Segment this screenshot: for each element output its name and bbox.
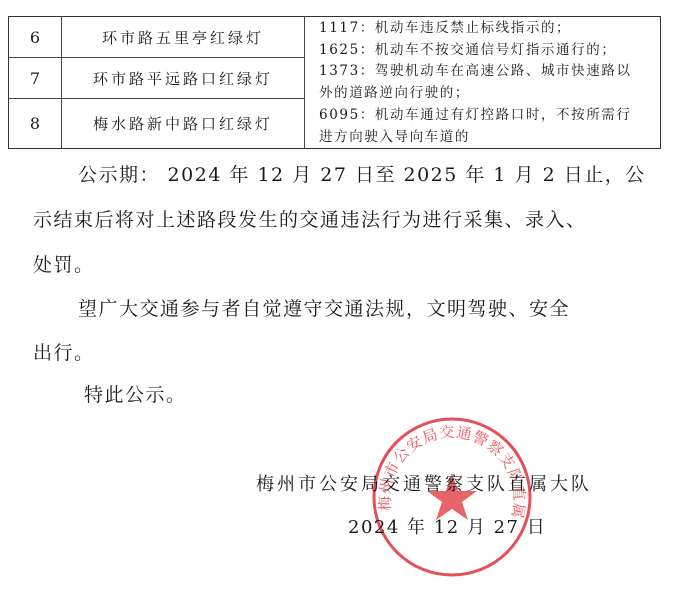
- violation-table: 6 环市路五里亭红绿灯 7 环市路平远路口红绿灯 8 梅水路新中路口红绿灯 11…: [8, 16, 661, 149]
- notice-period-line-1: 公示期： 2024 年 12 月 27 日至 2025 年 1 月 2 日止，公: [78, 160, 646, 187]
- row-index: 8: [9, 99, 61, 147]
- row-index: 6: [9, 17, 61, 57]
- official-seal: 梅州市公安局交通警察支队直属大队: [370, 415, 535, 580]
- table-divider: [304, 17, 305, 148]
- violation-line: 1625：机动车不按交通信号灯指示通行的；: [319, 40, 654, 62]
- row-location: 梅水路新中路口红绿灯: [62, 99, 304, 147]
- notice-period-line-3: 处罚。: [33, 250, 95, 277]
- closing-remark: 特此公示。: [84, 380, 187, 407]
- violation-line: 1117：机动车违反禁止标线指示的；: [319, 18, 654, 40]
- violation-line: 6095：机动车通过有灯控路口时，不按所需行: [319, 105, 654, 127]
- issuing-organization: 梅州市公安局交通警察支队直属大队: [256, 470, 592, 496]
- row-location: 环市路平远路口红绿灯: [62, 58, 304, 98]
- violation-line: 1373：驾驶机动车在高速公路、城市快速路以: [319, 61, 654, 83]
- notice-period-line-2: 示结束后将对上述路段发生的交通违法行为进行采集、录入、: [33, 205, 587, 232]
- appeal-line-1: 望广大交通参与者自觉遵守交通法规，文明驾驶、安全: [78, 294, 570, 321]
- row-index: 7: [9, 58, 61, 98]
- violation-line: 进方向驶入导向车道的: [319, 127, 654, 149]
- issue-date: 2024 年 12 月 27 日: [348, 513, 546, 539]
- violation-line: 外的道路逆向行驶的；: [319, 83, 654, 105]
- appeal-line-2: 出行。: [33, 338, 95, 365]
- row-location: 环市路五里亭红绿灯: [62, 17, 304, 57]
- violation-codes-cell: 1117：机动车违反禁止标线指示的； 1625：机动车不按交通信号灯指示通行的；…: [313, 17, 660, 148]
